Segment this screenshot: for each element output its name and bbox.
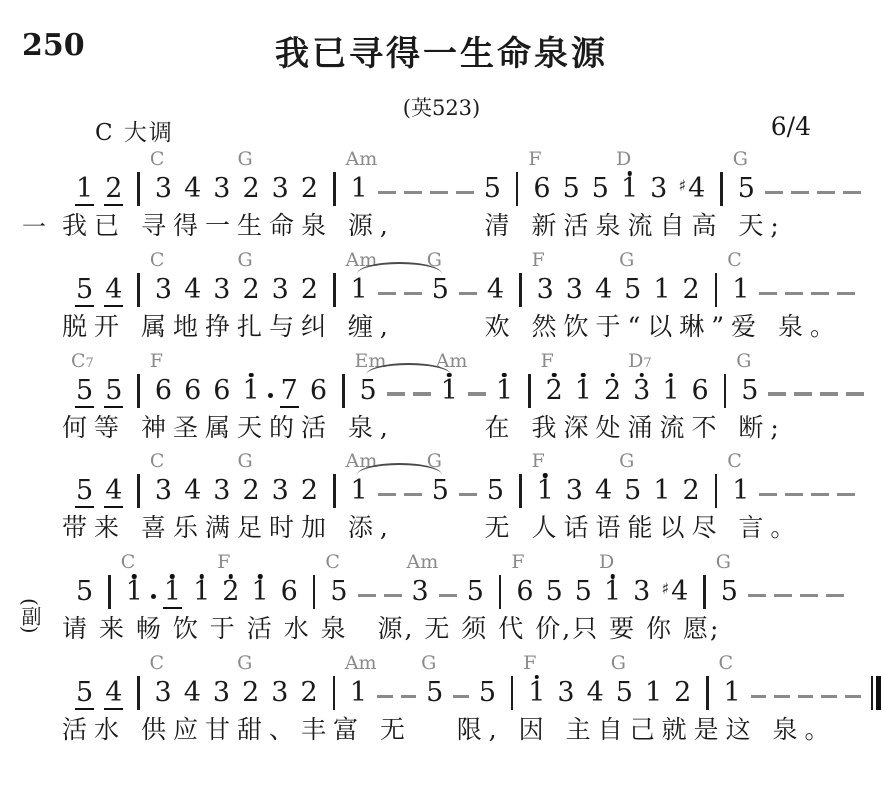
chord-label: Am — [407, 553, 439, 572]
barline-icon — [333, 474, 336, 508]
lyrics-line: 活水 供应甘甜、丰富 无 限, 因 主自己就是这 泉。 — [62, 713, 883, 747]
note: 1F — [536, 476, 555, 508]
note: 5G — [431, 275, 450, 307]
note: 5G — [720, 577, 739, 609]
chord-label: C7 — [71, 352, 94, 371]
duration-dash — [837, 292, 855, 295]
octave-dot-icon — [581, 373, 586, 378]
chord-label: D — [599, 553, 614, 572]
barline-icon — [333, 172, 336, 206]
note: 5 — [574, 577, 593, 609]
note: 6 — [183, 376, 202, 408]
note: 5 — [545, 577, 564, 609]
note: 6 — [280, 577, 299, 609]
lyrics-text: 我已 寻得一生命泉 源, 清 新活泉流自高 天; — [62, 211, 786, 240]
note: 1C — [731, 275, 750, 307]
note: 4 — [183, 678, 202, 710]
octave-dot-icon — [639, 373, 644, 378]
note: 5 — [483, 174, 502, 206]
note: 4 — [104, 476, 123, 508]
score: 123C432G321Am56F551D3♯45G一我已 寻得一生命泉 源, 清… — [0, 148, 883, 747]
verse-marker: 一 — [22, 211, 46, 243]
duration-dash — [811, 493, 829, 496]
note: 2 — [682, 476, 701, 508]
system: 543C432G321Am5G51F345G121C带来 喜乐满足时加 添, 无… — [0, 450, 883, 545]
note: 2G — [241, 275, 260, 307]
octave-dot-icon — [552, 373, 557, 378]
note: 5G — [425, 678, 444, 710]
note: 2 — [603, 376, 622, 408]
duration-dash — [820, 392, 838, 395]
chord-label: Am — [346, 150, 378, 169]
chord-label: F — [532, 251, 545, 270]
duration-dash — [759, 292, 777, 295]
notation-line: 51C112F165C3Am56F551D3♯45G — [0, 551, 883, 609]
note: 3 — [565, 275, 584, 307]
hymn-page: 250 我已寻得一生命泉源 (英523) C 大调 6/4 123C432G32… — [0, 0, 883, 807]
note: 1 — [652, 476, 671, 508]
note: 4 — [586, 678, 605, 710]
octave-dot-icon — [610, 373, 615, 378]
note: 1Am — [350, 174, 369, 206]
lyrics-text: 请 来 畅 饮 于 活 水 泉 源, 无 须 代 价,只 要 你 愿; — [62, 614, 720, 643]
chord-label: G — [716, 553, 731, 572]
duration-dash — [768, 392, 786, 395]
chord-label: G — [733, 150, 748, 169]
final-barline-icon — [871, 676, 882, 710]
chord-label: D7 — [628, 352, 652, 371]
notation-line: 123C432G321Am56F551D3♯45G — [0, 148, 883, 206]
sharp-icon: ♯ — [678, 178, 686, 194]
note: 2 — [300, 275, 319, 307]
note: 3 — [556, 678, 575, 710]
chord-label: G — [237, 251, 252, 270]
lyrics-line: 一我已 寻得一生命泉 源, 清 新活泉流自高 天; — [62, 209, 883, 243]
notation-line: 5C756F661765Em1Am12F123D7165G — [0, 350, 883, 408]
octave-dot-icon — [229, 574, 234, 579]
chord-label: C — [121, 553, 136, 572]
duration-dash — [821, 695, 837, 698]
duration-dash — [456, 191, 474, 194]
note: 3C — [154, 678, 173, 710]
sharp-icon: ♯ — [661, 581, 669, 597]
duration-dash — [798, 695, 814, 698]
barline-icon — [137, 474, 140, 508]
note: 5G — [737, 174, 756, 206]
chord-label: F — [511, 553, 524, 572]
note: 6 — [691, 376, 710, 408]
duration-dash — [785, 493, 803, 496]
barline-icon — [137, 273, 140, 307]
barline-icon — [519, 474, 522, 508]
note: 2G — [241, 678, 260, 710]
note: 1 — [75, 174, 94, 206]
barline-icon — [724, 374, 727, 408]
duration-dash — [751, 695, 767, 698]
chord-label: D — [616, 150, 631, 169]
note: 6 — [309, 376, 328, 408]
duration-dash — [774, 594, 792, 597]
duration-dash — [468, 392, 486, 395]
chord-label: G — [237, 150, 252, 169]
note: 2G — [241, 174, 260, 206]
note: ♯4 — [678, 174, 706, 206]
octave-dot-icon — [199, 574, 204, 579]
lyrics-line: 脱开 属地挣扎与纠 缠, 欢 然饮于“以琳”爱 泉。 — [62, 310, 883, 344]
note: 3 — [632, 577, 651, 609]
note: 6F — [532, 174, 551, 206]
duration-dash — [378, 292, 396, 295]
note: 1 — [574, 376, 593, 408]
note: 1Am — [350, 275, 369, 307]
note: 5G — [740, 376, 759, 408]
duration-dash — [846, 392, 864, 395]
lyrics-text: 带来 喜乐满足时加 添, 无 人话语能以尽 言。 — [62, 513, 802, 542]
chord-label: F — [532, 452, 545, 471]
duration-dash — [430, 191, 448, 194]
chord-label: G — [736, 352, 751, 371]
chord-label: C — [150, 452, 165, 471]
octave-dot-icon — [535, 675, 540, 680]
duration-dash — [439, 594, 457, 597]
note: 5Em — [359, 376, 378, 408]
octave-dot-icon — [258, 574, 263, 579]
duration-dash — [794, 392, 812, 395]
octave-dot-icon — [502, 373, 507, 378]
duration-dash — [791, 191, 809, 194]
key-signature: C 大调 — [95, 114, 174, 147]
chorus-marker: (副) — [20, 598, 40, 634]
note: 1 — [644, 678, 663, 710]
note: 5 — [75, 678, 94, 710]
chord-label: G — [611, 654, 626, 673]
lyrics-text: 何等 神圣属天的活 泉, 在 我深处涌流不 断; — [62, 413, 786, 442]
note: 4 — [104, 678, 123, 710]
note: 1 — [652, 275, 671, 307]
note: 1C — [125, 577, 144, 609]
page-title: 我已寻得一生命泉源 — [0, 26, 883, 75]
augmentation-dot-icon — [268, 393, 273, 398]
duration-dash — [404, 191, 422, 194]
chord-label: C — [727, 251, 742, 270]
chord-label: C — [150, 654, 165, 673]
duration-dash — [404, 292, 422, 295]
note: 2 — [682, 275, 701, 307]
duration-dash — [378, 493, 396, 496]
duration-dash — [845, 695, 861, 698]
duration-dash — [837, 493, 855, 496]
chord-label: G — [421, 654, 436, 673]
note: 1 — [163, 577, 182, 609]
duration-dash — [759, 493, 777, 496]
note: 6F — [515, 577, 534, 609]
duration-dash — [843, 191, 861, 194]
note: 1C — [723, 678, 742, 710]
note: 4 — [486, 275, 505, 307]
note: 5G — [431, 476, 450, 508]
duration-dash — [811, 292, 829, 295]
note: 5 — [562, 174, 581, 206]
octave-dot-icon — [610, 574, 615, 579]
barline-icon — [528, 374, 531, 408]
lyrics-line: 带来 喜乐满足时加 添, 无 人话语能以尽 言。 — [62, 511, 883, 545]
note: 5G — [615, 678, 634, 710]
note: 3F — [536, 275, 555, 307]
note: 1 — [250, 577, 269, 609]
barline-icon — [703, 575, 706, 609]
note: 5C — [329, 577, 348, 609]
note: 1 — [192, 577, 211, 609]
duration-dash — [765, 191, 783, 194]
note: 4 — [594, 476, 613, 508]
system: 5C756F661765Em1Am12F123D7165G何等 神圣属天的活 泉… — [0, 350, 883, 445]
barline-icon — [333, 273, 336, 307]
note: 5 — [75, 476, 94, 508]
duration-dash — [358, 594, 376, 597]
note: 3 — [271, 275, 290, 307]
duration-dash — [785, 292, 803, 295]
duration-dash — [413, 392, 431, 395]
chord-label: F — [523, 654, 536, 673]
barline-icon — [706, 676, 708, 710]
chord-label: C — [150, 150, 165, 169]
note: 5 — [466, 577, 485, 609]
barline-icon — [137, 172, 140, 206]
barline-icon — [137, 676, 139, 710]
note: 4 — [183, 174, 202, 206]
note: 2 — [673, 678, 692, 710]
note: 5 — [75, 275, 94, 307]
duration-dash — [377, 695, 393, 698]
duration-dash — [401, 695, 417, 698]
note: 5G — [623, 275, 642, 307]
note: 4 — [183, 476, 202, 508]
lyrics-line: 何等 神圣属天的活 泉, 在 我深处涌流不 断; — [62, 411, 883, 445]
system: 543C432G321Am5G51F345G121C活水 供应甘甜、丰富 无 限… — [0, 652, 883, 747]
notation-line: 543C432G321Am5G51F345G121C — [0, 450, 883, 508]
duration-dash — [384, 594, 402, 597]
system: 543C432G321Am5G43F345G121C脱开 属地挣扎与纠 缠, 欢… — [0, 249, 883, 344]
duration-dash — [404, 493, 422, 496]
note: 3 — [271, 476, 290, 508]
augmentation-dot-icon — [151, 594, 156, 599]
barline-icon — [715, 474, 718, 508]
barline-icon — [499, 575, 502, 609]
duration-dash — [387, 392, 405, 395]
notation-line: 543C432G321Am5G51F345G121C — [0, 652, 883, 710]
duration-dash — [459, 493, 477, 496]
barline-icon — [720, 172, 723, 206]
note: 1 — [241, 376, 260, 408]
note: 5G — [623, 476, 642, 508]
note: 3 — [649, 174, 668, 206]
duration-dash — [817, 191, 835, 194]
note: 3Am — [411, 577, 430, 609]
note: 2G — [241, 476, 260, 508]
note: 3 — [212, 476, 231, 508]
note: 5 — [478, 678, 497, 710]
note: 2 — [299, 678, 318, 710]
octave-dot-icon — [170, 574, 175, 579]
octave-dot-icon — [249, 373, 254, 378]
lyrics-text: 脱开 属地挣扎与纠 缠, 欢 然饮于“以琳”爱 泉。 — [62, 312, 842, 341]
duration-dash — [378, 191, 396, 194]
barline-icon — [715, 273, 718, 307]
note: 5C7 — [75, 376, 94, 408]
duration-dash — [826, 594, 844, 597]
note: 2F — [221, 577, 240, 609]
duration-dash — [800, 594, 818, 597]
octave-dot-icon — [627, 171, 632, 176]
chord-label: F — [541, 352, 554, 371]
note: 2 — [300, 174, 319, 206]
note: 1Am — [349, 678, 368, 710]
duration-dash — [453, 695, 469, 698]
note: 3C — [154, 174, 173, 206]
chord-label: G — [619, 452, 634, 471]
note: 1F — [527, 678, 546, 710]
octave-dot-icon — [669, 373, 674, 378]
note: 5 — [486, 476, 505, 508]
barline-icon — [519, 273, 522, 307]
chord-label: Am — [345, 654, 377, 673]
note: 3D7 — [632, 376, 651, 408]
barline-icon — [108, 575, 111, 609]
chord-label: C — [727, 452, 742, 471]
barline-icon — [342, 374, 345, 408]
note: 1Am — [350, 476, 369, 508]
system: 123C432G321Am56F551D3♯45G一我已 寻得一生命泉 源, 清… — [0, 148, 883, 243]
note: 2F — [545, 376, 564, 408]
notation-line: 543C432G321Am5G43F345G121C — [0, 249, 883, 307]
note: 5 — [104, 376, 123, 408]
note: ♯4 — [661, 577, 689, 609]
chord-label: C — [325, 553, 340, 572]
note: 1 — [661, 376, 680, 408]
note: 3 — [271, 174, 290, 206]
note: 4 — [594, 275, 613, 307]
note: 5 — [75, 577, 94, 609]
note: 7 — [280, 376, 299, 408]
header: 250 我已寻得一生命泉源 (英523) C 大调 6/4 — [0, 0, 883, 148]
chord-label: C — [150, 251, 165, 270]
duration-dash — [459, 292, 477, 295]
lyrics-line: (副)请 来 畅 饮 于 活 水 泉 源, 无 须 代 价,只 要 你 愿; — [62, 612, 883, 646]
lyrics-text: 活水 供应甘甜、丰富 无 限, 因 主自己就是这 泉。 — [62, 715, 837, 744]
duration-dash — [774, 695, 790, 698]
chord-label: G — [237, 654, 252, 673]
octave-dot-icon — [132, 574, 137, 579]
note: 4 — [183, 275, 202, 307]
note: 2 — [104, 174, 123, 206]
note: 6F — [154, 376, 173, 408]
note: 3C — [154, 476, 173, 508]
octave-dot-icon — [543, 473, 548, 478]
duration-dash — [748, 594, 766, 597]
chord-label: G — [237, 452, 252, 471]
note: 6 — [212, 376, 231, 408]
note: 1D — [603, 577, 622, 609]
note: 1 — [495, 376, 514, 408]
chord-label: F — [528, 150, 541, 169]
barline-icon — [516, 172, 519, 206]
note: 3 — [565, 476, 584, 508]
barline-icon — [313, 575, 316, 609]
barline-icon — [137, 374, 140, 408]
note: 3 — [212, 678, 231, 710]
barline-icon — [511, 676, 513, 710]
note: 1Am — [440, 376, 459, 408]
note: 5 — [591, 174, 610, 206]
note: 3 — [212, 275, 231, 307]
note: 3 — [270, 678, 289, 710]
chord-label: G — [619, 251, 634, 270]
chord-label: C — [719, 654, 734, 673]
chord-label: F — [217, 553, 230, 572]
chord-label: F — [150, 352, 163, 371]
note: 1C — [731, 476, 750, 508]
note: 2 — [300, 476, 319, 508]
note: 3 — [212, 174, 231, 206]
note: 1D — [620, 174, 639, 206]
barline-icon — [333, 676, 335, 710]
time-signature: 6/4 — [771, 112, 811, 141]
system: 51C112F165C3Am56F551D3♯45G(副)请 来 畅 饮 于 活… — [0, 551, 883, 646]
note: 3C — [154, 275, 173, 307]
note: 4 — [104, 275, 123, 307]
